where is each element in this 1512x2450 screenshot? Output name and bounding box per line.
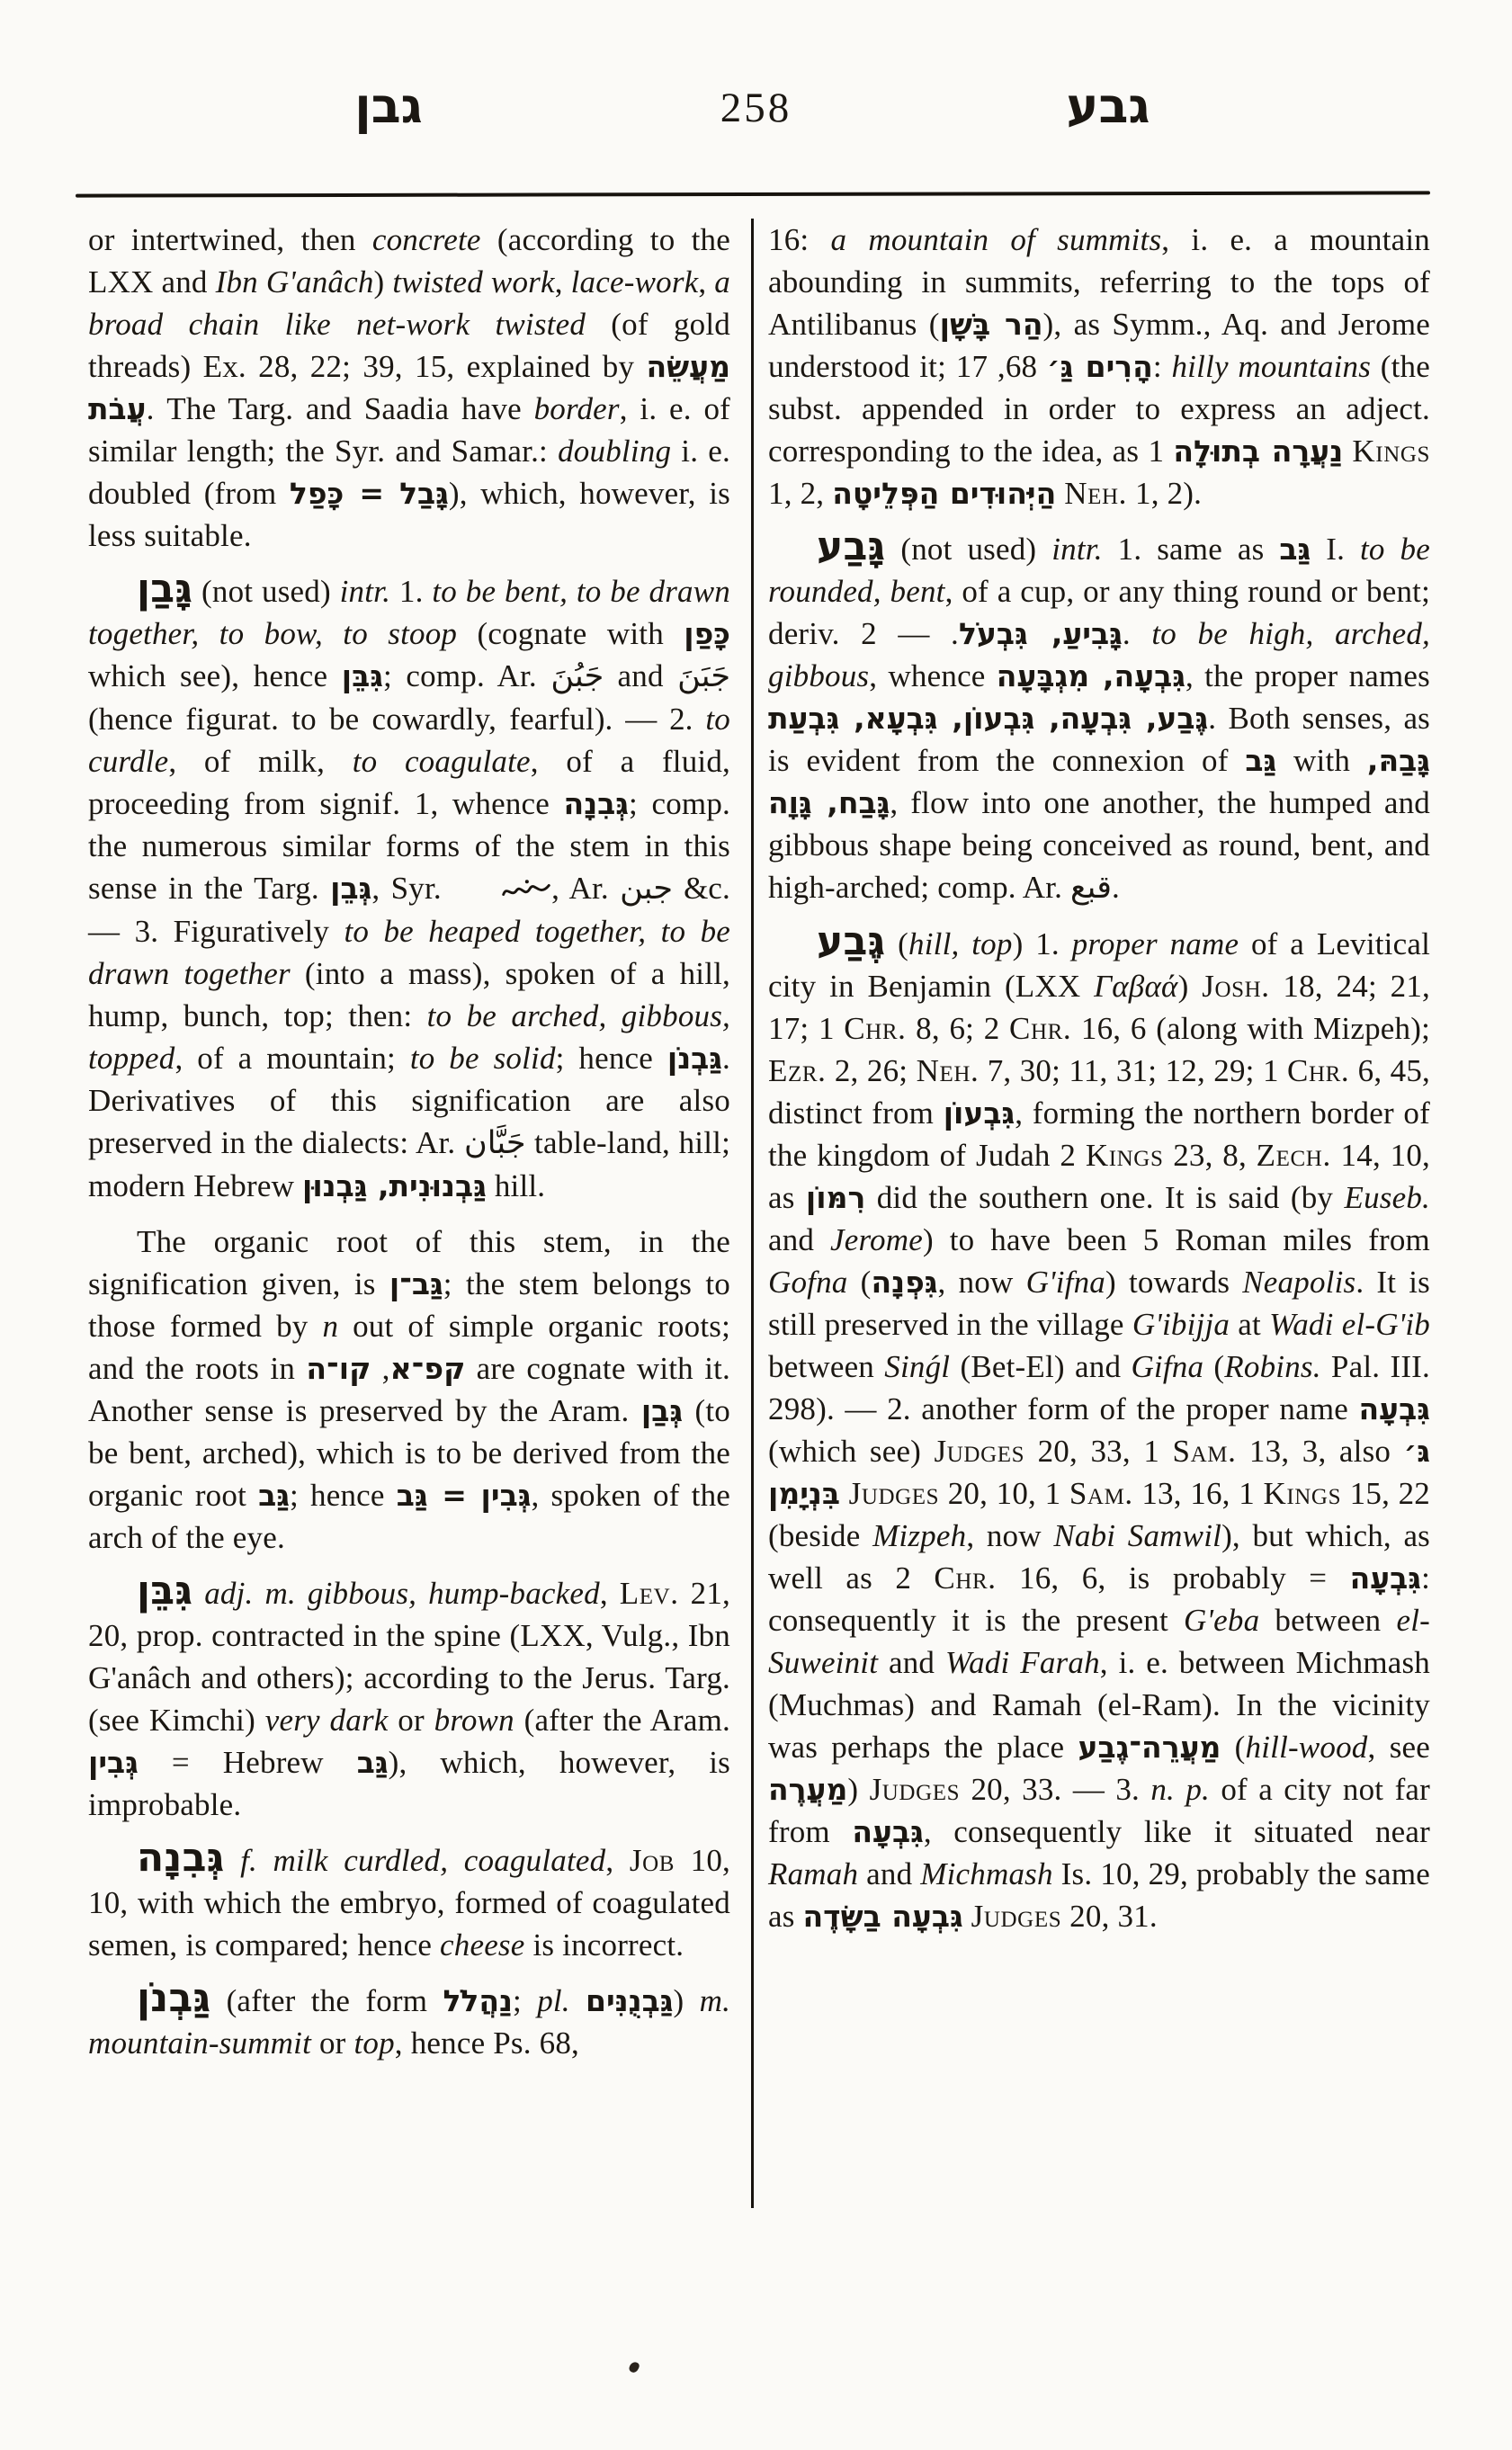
text-run: , now	[966, 1518, 1053, 1553]
text-run: or intertwined, then	[88, 222, 372, 257]
book-reference: Judges	[971, 1899, 1062, 1934]
text-run: did the southern one. It is said (by	[865, 1180, 1344, 1215]
text-run: = Hebrew	[139, 1745, 357, 1780]
hebrew-word: גִּבְעָה	[852, 1814, 923, 1849]
italic-text: Robins.	[1224, 1349, 1320, 1384]
italic-text: G'ifna	[1026, 1265, 1105, 1300]
hebrew-word: רִמּוֹן	[806, 1180, 865, 1215]
text-run: , of milk,	[168, 744, 352, 779]
hebrew-word: גַּב	[1279, 532, 1311, 567]
italic-text: Wadi Farah	[945, 1645, 1100, 1680]
text-run: ) towards	[1105, 1265, 1242, 1300]
right-column: 16: a mountain of summits, i. e. a mount…	[768, 219, 1430, 1937]
text-run: is incorrect.	[525, 1927, 684, 1963]
text-run: (after the form	[210, 1983, 443, 2018]
text-run: and	[858, 1856, 920, 1891]
text-run: or	[389, 1703, 434, 1738]
hebrew-word: נַעֲרָה בְתוּלָה	[1173, 434, 1343, 469]
text-run: ; hence	[556, 1041, 667, 1076]
column-divider-rule	[751, 219, 754, 2208]
italic-text: Gofna	[768, 1265, 848, 1300]
text-run: (hence figurat. to be cowardly, fearful)…	[88, 702, 705, 737]
organic-root-note: The organic root of this stem, in the si…	[88, 1221, 730, 1559]
running-head: גבן 258 גבע	[0, 79, 1512, 142]
text-run: ;	[513, 1983, 537, 2018]
hebrew-headword: גָּבַן	[137, 566, 192, 612]
book-reference: Lev.	[620, 1576, 679, 1611]
text-run: or	[311, 2025, 353, 2061]
text-run: 13, 16, 1	[1133, 1476, 1264, 1511]
italic-text: to coagulate	[353, 744, 531, 779]
book-reference: Josh.	[1202, 969, 1269, 1004]
arabic-word: جَبَنَ	[677, 658, 730, 694]
hebrew-word: מַעֲרֶה	[768, 1772, 847, 1807]
book-reference: Sam.	[1069, 1476, 1133, 1511]
text-run: and	[768, 1222, 830, 1257]
text-run: 1.	[390, 574, 432, 609]
text-run: between	[768, 1349, 884, 1384]
text-run	[570, 1983, 586, 2018]
text-run: )	[847, 1772, 869, 1807]
text-run: and	[878, 1645, 945, 1680]
text-run: which see), hence	[88, 658, 342, 693]
hebrew-word: גִּבְעָה	[1350, 1560, 1421, 1596]
hebrew-headword: גָּבַע	[817, 523, 885, 569]
text-run: )	[374, 264, 393, 300]
italic-text: Euseb.	[1344, 1180, 1430, 1215]
text-run: )	[674, 1983, 700, 2018]
text-run: I.	[1311, 532, 1360, 567]
book-reference: Judges	[849, 1476, 940, 1511]
italic-text: Ibn G'anâch	[216, 264, 374, 300]
hebrew-word: גְּבַן	[641, 1393, 683, 1428]
italic-text: hill, top	[908, 926, 1013, 961]
hebrew-word: גִּבְעָה בַשָּׂדֶה	[803, 1899, 963, 1934]
book-reference: Chr.	[1287, 1053, 1349, 1088]
entry-gevinah: גְּבִנָה f. milk curdled, coagulated, Jo…	[88, 1839, 730, 1966]
text-run: 2, 26;	[826, 1053, 916, 1088]
text-run: 8, 6; 2	[907, 1011, 1010, 1046]
text-run: (Bet-El) and	[950, 1349, 1131, 1384]
text-run: , consequently like it situated near	[924, 1814, 1430, 1849]
book-reference: Zech.	[1257, 1138, 1331, 1173]
italic-text: Neapolis	[1242, 1265, 1355, 1300]
hebrew-word: גְּבִנָה	[564, 786, 630, 821]
italic-text: f. milk curdled, coagulated	[240, 1843, 605, 1878]
hebrew-word: הַר בָּשָׁן	[940, 307, 1043, 342]
book-reference: Ezr.	[768, 1053, 826, 1088]
text-run: between	[1259, 1603, 1396, 1638]
hebrew-word: גַּב	[258, 1478, 290, 1513]
hebrew-word: גִּבְעָה, מִגְבָּעָה	[997, 658, 1185, 693]
italic-text: n. p.	[1150, 1772, 1210, 1807]
syriac-word	[452, 867, 551, 909]
text-run: 20, 31.	[1061, 1899, 1158, 1934]
italic-text: intr.	[340, 574, 390, 609]
text-run: at	[1230, 1307, 1269, 1342]
italic-text: Sinǵl	[884, 1349, 950, 1384]
greek-word: Γαβαά	[1094, 969, 1177, 1004]
italic-text: doubling	[558, 434, 671, 469]
book-reference: Kings	[1352, 434, 1430, 469]
running-head-left-keyword: גבן	[290, 79, 488, 133]
text-run: 20, 33, 1	[1024, 1434, 1172, 1469]
text-run: hill.	[487, 1168, 545, 1203]
text-run: , now	[938, 1265, 1026, 1300]
text-run: , Ar.	[551, 871, 620, 906]
text-run	[840, 1476, 849, 1511]
hebrew-word: גִּבֵּן	[342, 658, 383, 693]
italic-text: n	[322, 1309, 338, 1344]
book-reference: Job	[630, 1843, 675, 1878]
text-columns: or intertwined, then concrete (according…	[88, 219, 1432, 2208]
hebrew-word: קו־ה	[306, 1351, 371, 1386]
dictionary-page: גבן 258 גבע or intertwined, then concret…	[0, 0, 1512, 2450]
hebrew-word: גִּבְעָה	[1359, 1391, 1430, 1426]
italic-text: concrete	[372, 222, 481, 257]
italic-text: adj. m. gibbous, hump-backed	[204, 1576, 600, 1611]
entry-gavan: גָּבַן (not used) intr. 1. to be bent, t…	[88, 570, 730, 1207]
text-run: 7, 30; 11, 31; 12, 29; 1	[979, 1053, 1287, 1088]
hebrew-word: קפ־א	[390, 1351, 466, 1386]
italic-text: proper name	[1072, 926, 1239, 961]
book-reference: Chr.	[844, 1011, 906, 1046]
text-run: ,	[555, 264, 571, 300]
hebrew-word: גֶּבַע, גִּבְעָה, גִּבְעוֹן, גִּבְעָא, ג…	[768, 701, 1208, 736]
arabic-word: جبن	[620, 871, 673, 907]
text-run: 20, 10, 1	[939, 1476, 1069, 1511]
text-run: , of a mountain;	[174, 1041, 409, 1076]
running-head-right-keyword: גבע	[1009, 79, 1207, 133]
entry-gibben: גִּבֵּן adj. m. gibbous, hump-backed, Le…	[88, 1572, 730, 1826]
header-rule	[76, 191, 1430, 197]
text-run: with	[1276, 743, 1367, 778]
hebrew-word: גַּב	[1245, 743, 1276, 778]
hebrew-word: נַהֲלֹל	[443, 1983, 513, 2018]
book-reference: Kings	[1086, 1138, 1164, 1173]
italic-text: intr.	[1051, 532, 1102, 567]
continuation-paragraph: or intertwined, then concrete (according…	[88, 219, 730, 557]
italic-text: lace-work	[571, 264, 699, 300]
arabic-word: جَبَّان	[464, 1125, 526, 1161]
hebrew-headword: גַּבְנֹן	[137, 1975, 210, 2021]
italic-text: hilly mountains	[1171, 349, 1371, 384]
text-run: (after the Aram.	[514, 1703, 730, 1738]
arabic-word: قبع	[1070, 870, 1112, 906]
italic-text: hill-wood	[1246, 1730, 1368, 1765]
text-run: ,	[371, 1351, 389, 1386]
italic-text: Jerome	[830, 1222, 923, 1257]
hebrew-word: גְּבֵן	[330, 871, 371, 906]
text-run: (	[1221, 1730, 1245, 1765]
text-run: ; hence	[290, 1478, 397, 1513]
italic-text: pl.	[537, 1983, 570, 2018]
italic-text: Wadi el-G'ib	[1269, 1307, 1430, 1342]
hebrew-word: גִּפְנָה	[871, 1265, 937, 1300]
italic-text: Gifna	[1131, 1349, 1203, 1384]
book-reference: Judges	[870, 1772, 961, 1807]
page-number: 258	[658, 83, 855, 133]
text-run	[963, 1899, 971, 1934]
entry-gava: גָּבַע (not used) intr. 1. same as גַּב …	[768, 528, 1430, 909]
hebrew-word: גַּבְנֻנִּים	[586, 1983, 673, 2018]
text-run: ,	[605, 1843, 630, 1878]
italic-text: Mizpeh	[872, 1518, 966, 1553]
text-run: (	[848, 1265, 872, 1300]
italic-text: very dark	[265, 1703, 389, 1738]
text-run: and	[604, 658, 677, 693]
ink-speck	[628, 2360, 640, 2374]
text-run: 16:	[768, 222, 831, 257]
hebrew-word: גָּבִיעַ, גִּבְעֹל	[959, 616, 1123, 651]
continuation-gavnon: 16: a mountain of summits, i. e. a mount…	[768, 219, 1430, 514]
hebrew-word: גְּבִין = גַּב	[397, 1478, 532, 1513]
hebrew-word: גַּב	[357, 1745, 389, 1780]
text-run: (not used)	[885, 532, 1051, 567]
text-run: 1. same as	[1103, 532, 1280, 567]
text-run	[224, 1843, 240, 1878]
book-reference: Judges	[935, 1434, 1025, 1469]
italic-text: a mountain of summits	[831, 222, 1162, 257]
hebrew-word: גִּבְעוֹן	[944, 1095, 1015, 1131]
italic-text: Michmash	[920, 1856, 1052, 1891]
hebrew-word: מַעֲרֵה־גֶבַע	[1078, 1730, 1221, 1765]
italic-text: Nabi Samwil	[1053, 1518, 1221, 1553]
text-run: 1, 2).	[1127, 476, 1202, 511]
text-run: .	[1112, 870, 1120, 905]
hebrew-headword: גֶּבַע	[817, 918, 885, 964]
text-run: 16, 6 (along with Mizpeh);	[1071, 1011, 1430, 1046]
text-run: (cognate with	[457, 616, 684, 651]
italic-text: G'ibijja	[1132, 1307, 1230, 1342]
hebrew-word: הָרִים גַּ׳	[1047, 349, 1153, 384]
book-reference: Chr.	[934, 1560, 996, 1596]
book-reference: Sam.	[1173, 1434, 1237, 1469]
hebrew-word: הַיְּהוּדִים הַפְּלֵיטָה	[832, 476, 1056, 511]
left-column: or intertwined, then concrete (according…	[88, 219, 730, 2064]
hebrew-word: גַּב־ן	[389, 1266, 443, 1301]
text-run: , Syr.	[371, 871, 452, 906]
book-reference: Chr.	[1009, 1011, 1071, 1046]
text-run: ,	[698, 264, 714, 300]
book-reference: Kings	[1263, 1476, 1341, 1511]
entry-geva: גֶּבַע (hill, top) 1. proper name of a L…	[768, 923, 1430, 1937]
text-run: ) 1.	[1013, 926, 1072, 961]
entry-gavnon: גַּבְנֹן (after the form נַהֲלֹל; pl. גַ…	[88, 1980, 730, 2064]
text-run: (	[885, 926, 908, 961]
text-run: ; comp. Ar.	[383, 658, 550, 693]
text-run: )	[1178, 969, 1203, 1004]
text-run	[192, 1576, 204, 1611]
hebrew-word: גָּבַל = כָּפַל	[290, 476, 449, 511]
text-run: 16, 6, is probably =	[997, 1560, 1350, 1596]
text-run: , hence Ps. 68,	[395, 2025, 579, 2061]
text-run: , the proper names	[1185, 658, 1430, 693]
hebrew-headword: גְּבִנָה	[137, 1835, 224, 1881]
italic-text: top	[353, 2025, 394, 2061]
arabic-word: جَبُنَ	[550, 658, 604, 694]
hebrew-headword: גִּבֵּן	[137, 1568, 192, 1614]
hebrew-word: גַּבְנוּנִית, גַּבְנוּן	[302, 1168, 487, 1203]
text-run: . The Targ. and Saadia have	[147, 391, 534, 426]
hebrew-word: כָּפַן	[684, 616, 730, 651]
text-run: , see	[1368, 1730, 1431, 1765]
text-run: 20, 33. — 3.	[960, 1772, 1150, 1807]
book-reference: Neh.	[917, 1053, 980, 1088]
hebrew-word: גְּבִין	[88, 1745, 139, 1780]
italic-text: twisted work	[392, 264, 554, 300]
text-run: (which see)	[768, 1434, 935, 1469]
italic-text: border	[534, 391, 620, 426]
text-run	[1056, 476, 1064, 511]
italic-text: cheese	[440, 1927, 524, 1963]
text-run: 13, 3, also	[1236, 1434, 1403, 1469]
hebrew-word: גַּבְנֹן	[667, 1041, 722, 1076]
italic-text: brown	[434, 1703, 514, 1738]
italic-text: Ramah	[768, 1856, 858, 1891]
text-run: ) to have been 5 Roman miles from	[923, 1222, 1430, 1257]
text-run: (	[1203, 1349, 1224, 1384]
text-run: (not used)	[192, 574, 339, 609]
text-run: 1, 2,	[768, 476, 832, 511]
text-run: , whence	[869, 658, 997, 693]
italic-text: G'eba	[1184, 1603, 1259, 1638]
italic-text: to be solid	[410, 1041, 556, 1076]
text-run: 23, 8,	[1163, 1138, 1256, 1173]
text-run: ,	[600, 1576, 620, 1611]
book-reference: Neh.	[1064, 476, 1127, 511]
